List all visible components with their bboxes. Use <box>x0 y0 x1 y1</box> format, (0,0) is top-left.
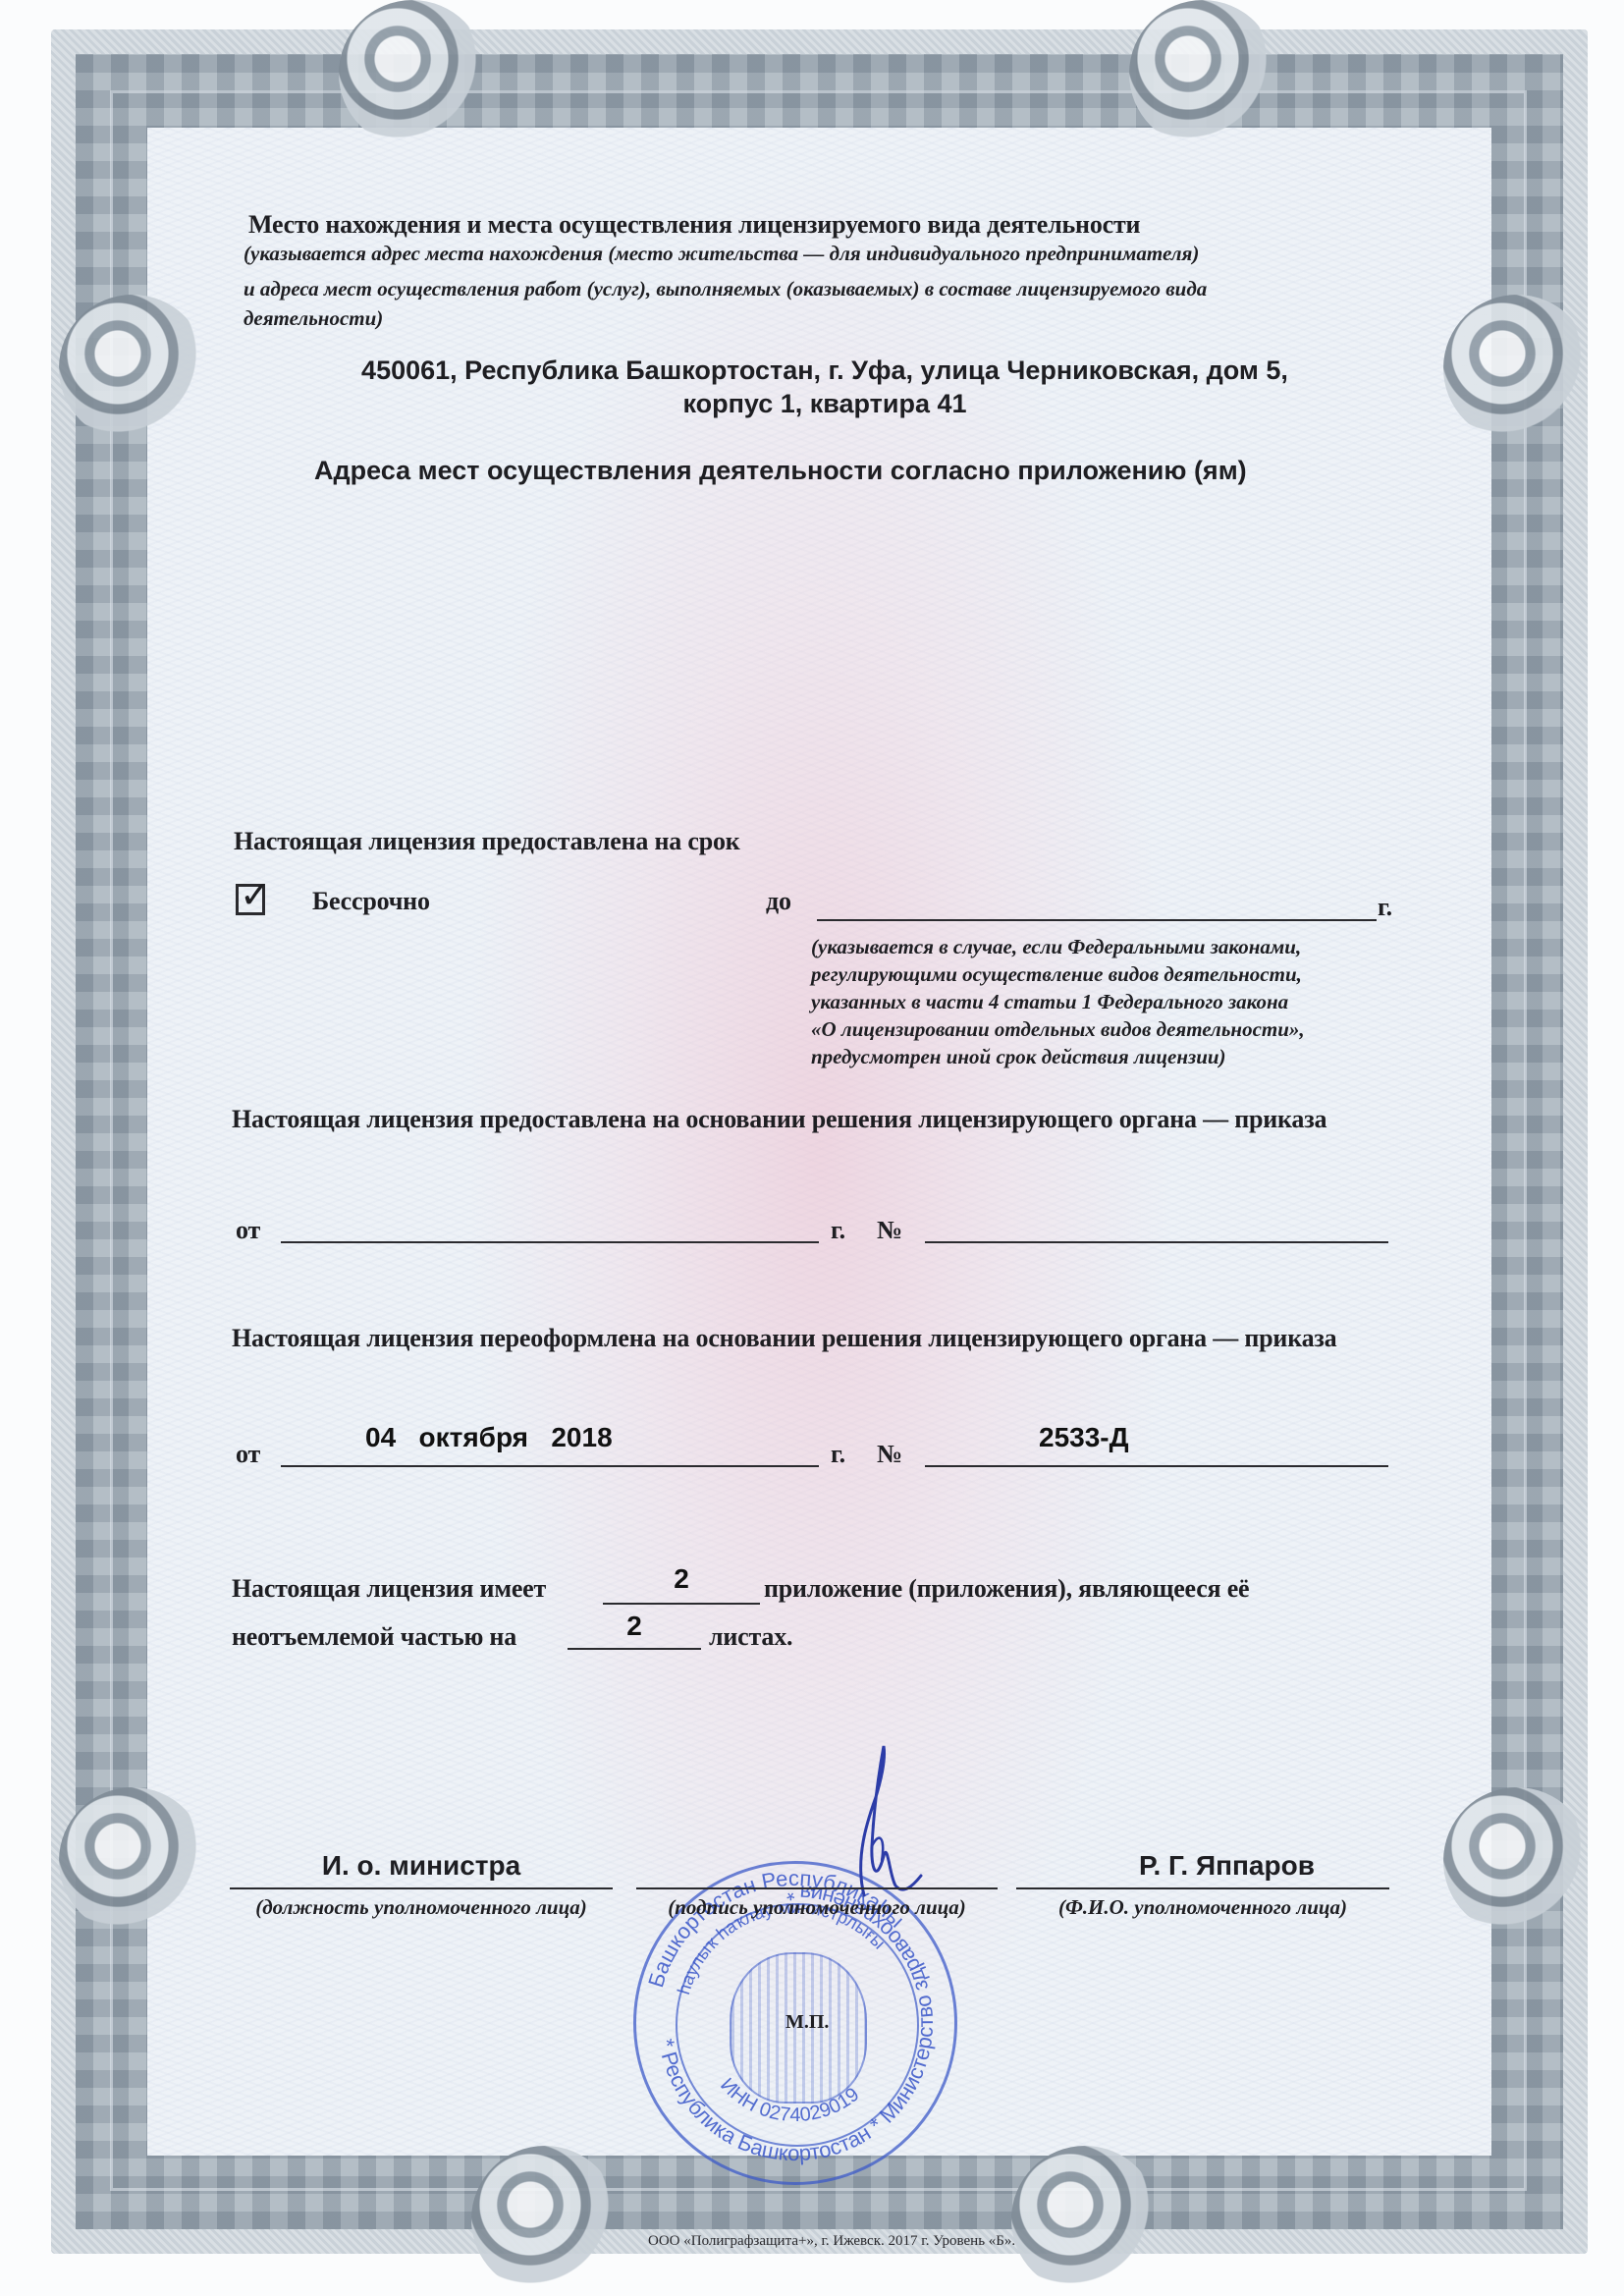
location-note-line-2: и адреса мест осуществления работ (услуг… <box>244 277 1207 301</box>
printer-imprint: ООО «Полиграфзащита+», г. Ижевск. 2017 г… <box>648 2233 1015 2250</box>
reissue-number-label: № <box>877 1440 902 1469</box>
term-note-line-1: (указывается в случае, если Федеральными… <box>811 935 1301 959</box>
position-caption: (должность уполномоченного лица) <box>230 1895 613 1920</box>
position-line <box>230 1887 613 1889</box>
name-caption: (Ф.И.О. уполномоченного лица) <box>1016 1895 1389 1920</box>
reissue-basis-title: Настоящая лицензия переоформлена на осно… <box>232 1324 1336 1353</box>
reissue-number-value: 2533-Д <box>1039 1422 1129 1453</box>
checkmark-icon: ✓ <box>240 873 271 916</box>
signatory-name: Р. Г. Яппаров <box>1139 1850 1315 1882</box>
reissue-date-value: 04 октября 2018 <box>365 1422 613 1453</box>
term-note-line-2: регулирующими осуществление видов деятел… <box>811 962 1302 987</box>
until-label: до <box>766 887 791 916</box>
unlimited-label: Бессрочно <box>312 887 430 916</box>
grant-basis-title: Настоящая лицензия предоставлена на осно… <box>232 1105 1326 1134</box>
appendix-line1-suffix: приложение (приложения), являющееся её <box>764 1574 1249 1604</box>
grant-date-line <box>281 1241 819 1243</box>
appendix-line1-prefix: Настоящая лицензия имеет <box>232 1574 546 1604</box>
location-note-line-3: деятельности) <box>244 306 383 331</box>
seal-place-label: М.П. <box>785 2011 829 2034</box>
svg-text:ИНН 0274029019: ИНН 0274029019 <box>716 2074 863 2126</box>
appendix-count-value: 2 <box>603 1563 760 1595</box>
sheet-count-value: 2 <box>568 1611 701 1642</box>
term-note-line-4: «О лицензировании отдельных видов деятел… <box>811 1017 1305 1042</box>
grant-from-label: от <box>236 1216 260 1245</box>
grant-number-line <box>925 1241 1388 1243</box>
grant-number-label: № <box>877 1216 902 1245</box>
ornament-bottom-right-icon <box>1011 2146 1159 2293</box>
unlimited-checkbox[interactable]: ✓ <box>236 884 265 915</box>
signature-line <box>636 1887 998 1889</box>
appendix-line2-prefix: неотъемлемой частью на <box>232 1622 516 1652</box>
location-note-line-1: (указывается адрес места нахождения (мес… <box>244 242 1199 266</box>
ornament-top-right-icon <box>1129 0 1276 147</box>
address-line-2: корпус 1, квартира 41 <box>245 389 1404 419</box>
address-line-1: 450061, Республика Башкортостан, г. Уфа,… <box>245 355 1404 386</box>
signatory-position: И. о. министра <box>230 1850 613 1882</box>
ornament-right-upper-icon <box>1443 295 1591 442</box>
appendix-line2-suffix: листах. <box>709 1622 792 1652</box>
appendix-count-line <box>603 1603 760 1605</box>
signature-caption: (подпись уполномоченного лица) <box>636 1895 998 1920</box>
until-year-suffix: г. <box>1378 893 1392 922</box>
location-title: Место нахождения и места осуществления л… <box>248 210 1140 240</box>
sheet-count-line <box>568 1648 701 1650</box>
ornament-bottom-left-icon <box>471 2146 619 2293</box>
ornament-right-lower-icon <box>1443 1787 1591 1935</box>
reissue-date-line <box>281 1465 819 1467</box>
term-title: Настоящая лицензия предоставлена на срок <box>234 827 740 856</box>
term-note-line-5: предусмотрен иной срок действия лицензии… <box>811 1045 1226 1069</box>
ornament-left-lower-icon <box>59 1787 206 1935</box>
reissue-from-label: от <box>236 1440 260 1469</box>
reissue-year-suffix: г. <box>831 1440 845 1469</box>
grant-year-suffix: г. <box>831 1216 845 1245</box>
handwritten-signature <box>825 1738 933 1905</box>
ornament-left-upper-icon <box>59 295 206 442</box>
until-date-line <box>817 919 1377 921</box>
term-note-line-3: указанных в части 4 статьи 1 Федеральног… <box>811 990 1288 1014</box>
activity-addresses: Адреса мест осуществления деятельности с… <box>314 456 1247 486</box>
ornament-top-left-icon <box>339 0 486 147</box>
name-line <box>1016 1887 1389 1889</box>
reissue-number-line <box>925 1465 1388 1467</box>
